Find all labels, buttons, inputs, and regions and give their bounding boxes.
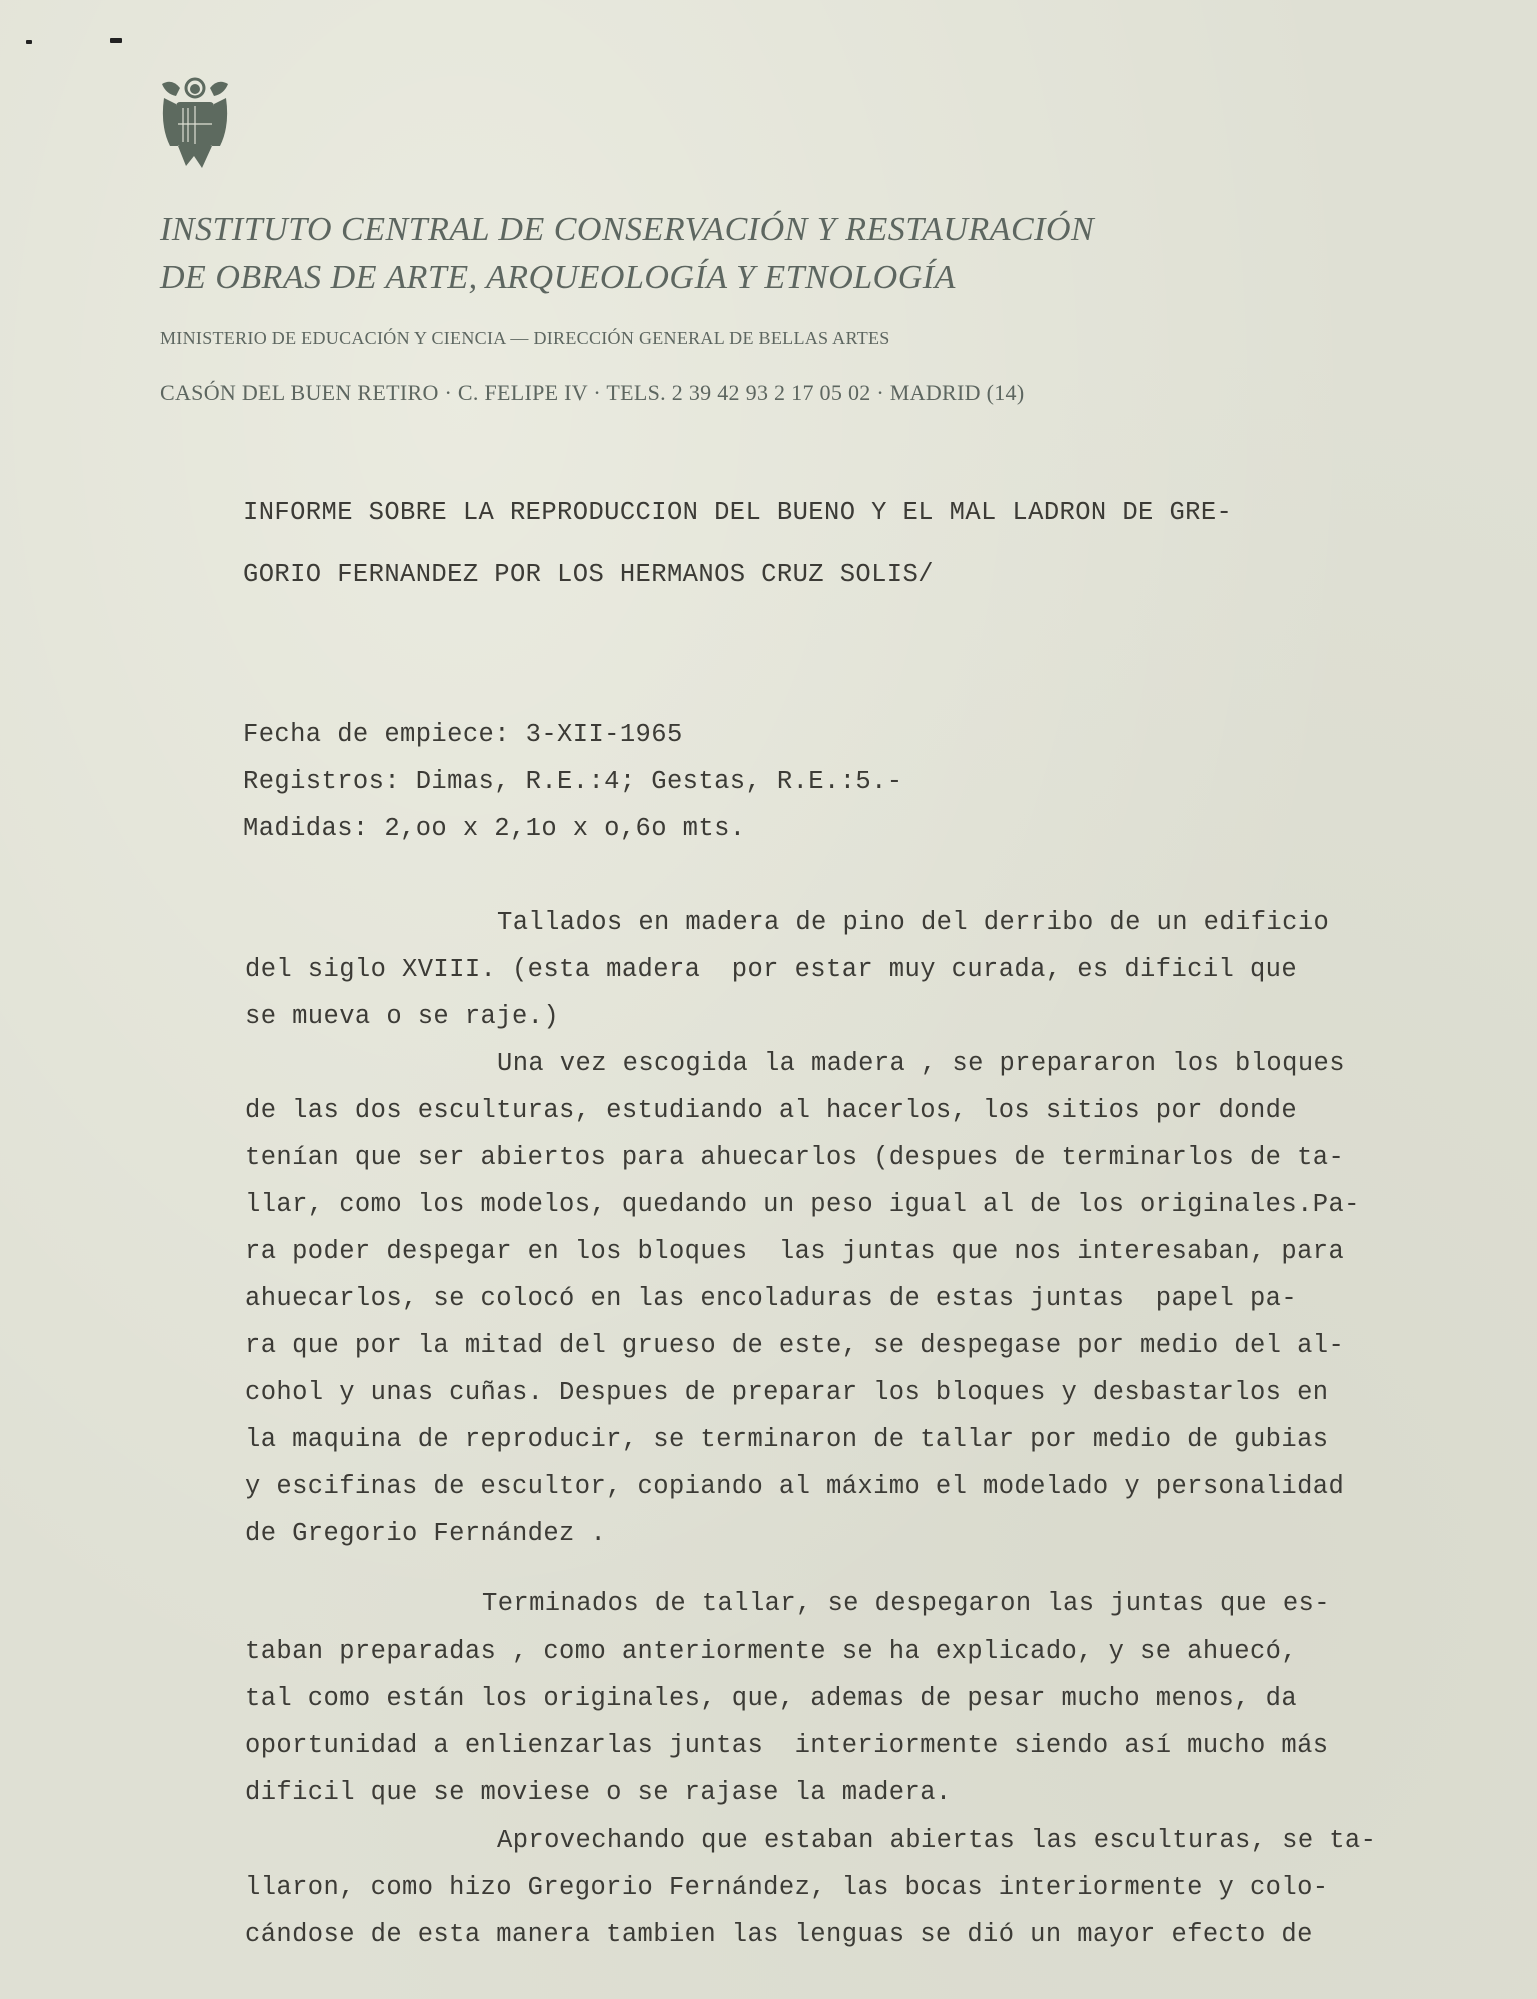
field-registers: Registros: Dimas, R.E.:4; Gestas, R.E.:5…	[243, 767, 903, 796]
body-line: cándose de esta manera tambien las lengu…	[245, 1920, 1313, 1949]
ink-speck	[26, 40, 32, 44]
report-title-line: GORIO FERNANDEZ POR LOS HERMANOS CRUZ SO…	[243, 560, 934, 589]
body-line: tal como están los originales, que, adem…	[245, 1684, 1297, 1713]
ink-speck	[110, 38, 122, 43]
spanish-eagle-crest-icon	[158, 76, 232, 172]
body-line: ra que por la mitad del grueso de este, …	[245, 1331, 1344, 1360]
body-line: taban preparadas , como anteriormente se…	[245, 1637, 1297, 1666]
field-measurements: Madidas: 2,oo x 2,1o x o,6o mts.	[243, 814, 745, 843]
body-line: tenían que ser abiertos para ahuecarlos …	[245, 1143, 1344, 1172]
body-line: Aprovechando que estaban abiertas las es…	[497, 1826, 1376, 1855]
body-line: y escifinas de escultor, copiando al máx…	[245, 1472, 1344, 1501]
body-line: cohol y unas cuñas. Despues de preparar …	[245, 1378, 1328, 1407]
body-line: Terminados de tallar, se despegaron las …	[482, 1589, 1330, 1618]
body-line: Una vez escogida la madera , se preparar…	[497, 1049, 1345, 1078]
address-line: CASÓN DEL BUEN RETIRO · C. FELIPE IV · T…	[160, 380, 1024, 406]
field-start-date: Fecha de empiece: 3-XII-1965	[243, 720, 683, 749]
body-line: de las dos esculturas, estudiando al hac…	[245, 1096, 1297, 1125]
body-line: de Gregorio Fernández .	[245, 1519, 606, 1548]
body-line: oportunidad a enlienzarlas juntas interi…	[245, 1731, 1328, 1760]
body-line: se mueva o se raje.)	[245, 1002, 559, 1031]
body-line: llar, como los modelos, quedando un peso…	[245, 1190, 1360, 1219]
body-line: ra poder despegar en los bloques las jun…	[245, 1237, 1344, 1266]
institute-title-line2: DE OBRAS DE ARTE, ARQUEOLOGÍA Y ETNOLOGÍ…	[160, 254, 1094, 302]
report-title-line: INFORME SOBRE LA REPRODUCCION DEL BUENO …	[243, 498, 1232, 527]
ministry-line: MINISTERIO DE EDUCACIÓN Y CIENCIA — DIRE…	[160, 328, 890, 349]
body-line: del siglo XVIII. (esta madera por estar …	[245, 955, 1297, 984]
institute-title: INSTITUTO CENTRAL DE CONSERVACIÓN Y REST…	[160, 206, 1094, 302]
body-line: dificil que se moviese o se rajase la ma…	[245, 1778, 952, 1807]
body-line: ahuecarlos, se colocó en las encoladuras…	[245, 1284, 1297, 1313]
body-line: la maquina de reproducir, se terminaron …	[245, 1425, 1328, 1454]
body-line: llaron, como hizo Gregorio Fernández, la…	[245, 1873, 1328, 1902]
institute-title-line1: INSTITUTO CENTRAL DE CONSERVACIÓN Y REST…	[160, 206, 1094, 254]
body-line: Tallados en madera de pino del derribo d…	[497, 908, 1329, 937]
